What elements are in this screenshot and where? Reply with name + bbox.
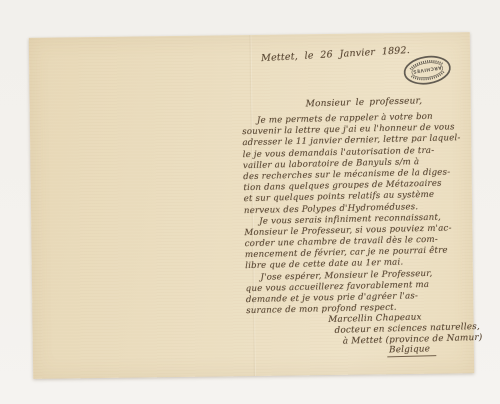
letter-paper: Mettet, le 26 Janvier 1892. ARCHIVES Mon… xyxy=(29,32,474,379)
salutation: Monsieur le professeur, xyxy=(306,95,466,109)
archives-stamp: ARCHIVES xyxy=(401,52,453,88)
scanned-letter-photo: Mettet, le 26 Janvier 1892. ARCHIVES Mon… xyxy=(0,0,500,404)
signature-country-text: Belgique xyxy=(387,344,436,357)
signature-block: Marcellin Chapeaux docteur en sciences n… xyxy=(312,311,488,359)
letter-body: Je me permets de rappeler à votre bon so… xyxy=(242,111,469,317)
archives-stamp-oval: ARCHIVES xyxy=(401,52,453,88)
signature-country: Belgique xyxy=(387,343,488,357)
archives-stamp-text: ARCHIVES xyxy=(412,64,442,74)
